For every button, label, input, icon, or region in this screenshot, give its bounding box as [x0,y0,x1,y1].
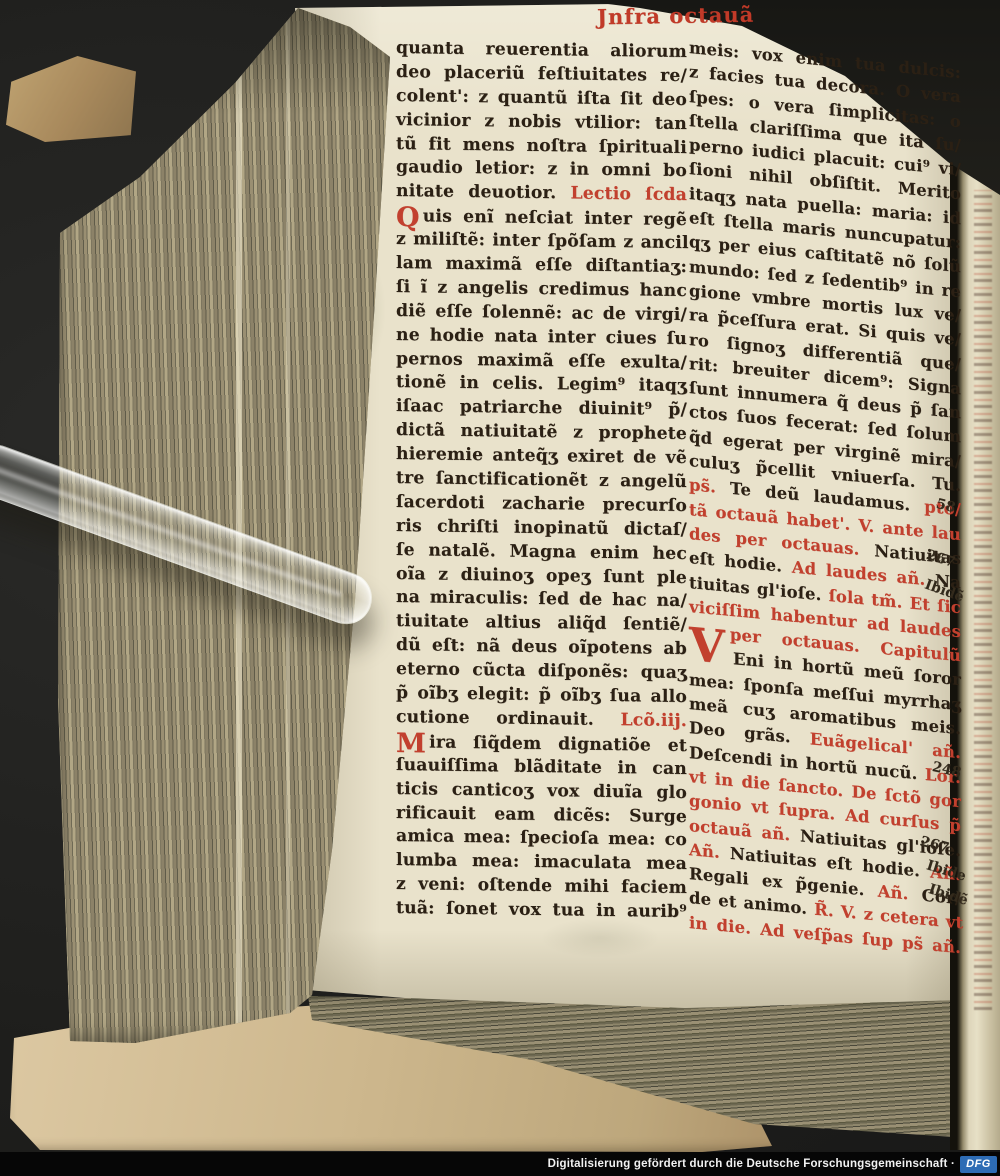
text-black: deo placeriũ feſtiuitates re/ [396,62,687,86]
running-title: Jnfra octauã [597,2,755,30]
text-column-left: quanta reuerentia aliorumdeo placeriũ fe… [396,37,687,925]
credit-text: Digitalisierung gefördert durch die Deut… [548,1158,955,1170]
text-line: colent': z quantũ iſta ſit deo [396,85,687,113]
rubric-red: Añ. [878,882,922,905]
book-scan-photo: Jnfra octauã quanta reuerentia aliorumde… [0,0,1000,1176]
text-black: lam maximã eſſe diſtantiaʒ: [396,253,687,277]
text-black: p̃ oĩbʒ elegit: p̃ oĩbʒ ſua allo [396,683,687,707]
text-black: ne hodie nata inter ciues ſu [396,325,687,349]
rubric-red: ps̃. [689,475,730,498]
text-black: tiuitate altius aliq̃d ſentiẽ/ [396,611,687,635]
text-black: lumba mea: imaculata mea [396,850,687,874]
text-black: gaudio letior: z in omni bo [396,157,687,181]
text-line: diẽ eſſe ſolennẽ: ac de virgi/ [396,300,687,328]
text-line: vicinior z nobis vtilior: tan [396,109,687,137]
text-black: uis enĩ neſciat inter regẽ [423,207,687,231]
text-black: ſi ĩ z angelis credimus hanc [396,277,687,301]
text-line: ne hodie nata inter ciues ſu [396,324,687,352]
rubric-red: Añ. [689,840,730,863]
text-black: nitate deuotior. [396,181,570,203]
rubric-red: Lcõ.iij. [620,710,687,731]
text-black: ſe natalẽ. Magna enim hec [396,540,687,564]
text-black: dictã natiuitatẽ z prophete [396,420,687,444]
text-column-right: meis: vox enim tua dulcis:z facies tua d… [689,36,961,960]
text-black: tuã: ſonet vox tua in aurib⁹ [396,898,687,922]
text-line: ris chriſti inopinatũ dictaſ/ [396,515,687,543]
text-line: ticis canticoʒ vox diuĩa glo [396,778,687,806]
text-black: tũ fit mens noſtra ſpirituali [396,134,687,158]
text-black: ris chriſti inopinatũ dictaſ/ [396,516,687,540]
text-black: hieremie anteq̃ʒ exiret de vẽ [396,444,687,468]
text-black: ticis canticoʒ vox diuĩa glo [396,779,687,803]
text-black: pernos maximã eſſe exulta/ [396,349,687,373]
text-black: vicinior z nobis vtilior: tan [396,110,687,134]
rubric-red: Lectio ſcda [570,184,687,206]
text-black: eterno cũcta diſponẽs: quaʒ [396,659,687,683]
text-line: tuã: ſonet vox tua in aurib⁹ [396,897,687,925]
text-black: ſacerdoti zacharie precurſo [396,492,687,516]
text-black: rificauit eam dicẽs: Surge [396,803,687,827]
text-black: dũ eſt: nã deus oĩpotens ab [396,635,687,659]
text-black: diẽ eſſe ſolennẽ: ac de virgi/ [396,301,687,325]
text-black: ira ſiq̃dem dignatiõe et [429,732,687,756]
text-black: ſuauiſſima blãditate in can [396,755,687,779]
rubric-red: V [689,617,730,675]
text-line: Mira ſiq̃dem dignatiõe et [396,730,687,758]
text-line: ſuauiſſima blãditate in can [396,754,687,782]
text-black: tre ſanctificationẽt z angelũ [396,468,687,492]
text-black: quanta reuerentia aliorum [396,38,687,62]
text-black: amica mea: ſpecioſa mea: co [396,826,687,850]
text-black: iſaac patriarche diuinit⁹ p̃/ [396,396,687,420]
text-black: oĩa z diuinoʒ opeʒ ſunt ple [396,564,687,588]
text-black: tionẽ in celis. Legim⁹ itaqʒ [396,372,687,396]
text-line: ſe natalẽ. Magna enim hec [396,539,687,567]
text-black: cutione ordinauit. [396,707,620,730]
dfg-logo: DFG [960,1156,997,1173]
text-black: z miliſtẽ: inter ſpõſam z ancil [396,229,689,253]
text-black: z veni: oſtende mihi faciem [396,874,687,898]
book-cover-corner [6,56,136,142]
text-black: colent': z quantũ iſta ſit deo [396,86,687,110]
text-black: na miraculis: ſed de hac na/ [396,587,687,611]
digitization-banner: Digitalisierung gefördert durch die Deut… [0,1152,1000,1176]
